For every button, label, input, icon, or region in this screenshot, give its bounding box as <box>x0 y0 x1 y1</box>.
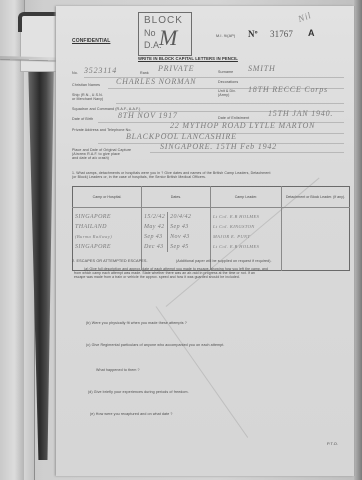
field-value-unit: 18TH RECCE Corps <box>248 85 328 94</box>
date-from: Dec 43 <box>144 242 165 252</box>
camp-name: SINGAPORE <box>75 242 139 252</box>
camp-leader: Lt Col. KINGSTON <box>213 222 279 232</box>
question-2c: (c) Give Regimental particulars of anyon… <box>86 343 224 347</box>
field-rule <box>150 152 344 153</box>
field-label-unit-2: (Army) <box>218 93 229 97</box>
question-2-title: 2. ESCAPES OR ATTEMPTED ESCAPES. <box>72 259 148 263</box>
camp-leader: Lt Col. E.B HOLMES <box>213 242 279 252</box>
field-label-capture-3: and date of a/c crash) <box>72 156 109 160</box>
date-to: Sep 45 <box>170 242 191 252</box>
field-label-enlistment: Date of Enlistment <box>218 116 249 120</box>
camp-name: (Burma Railway) <box>75 232 139 242</box>
field-value-capture: SINGAPORE. 15TH Feb 1942 <box>160 142 277 151</box>
field-label-surname: Surname <box>218 70 233 74</box>
field-label-christian-names: Christian Names <box>72 83 100 87</box>
camp-name: THAILAND <box>75 222 139 232</box>
table-header-camp-leader: Camp Leader. <box>211 187 282 208</box>
field-value-christian-names: CHARLES NORMAN <box>116 77 196 86</box>
field-value-no: 3523114 <box>84 66 117 75</box>
document-series: A <box>308 28 315 38</box>
question-1-text-2: (or Block) Leaders or, in the case of ho… <box>72 175 206 179</box>
camp-leader: MAJOR E. PUNT <box>213 232 279 242</box>
table-header-block-leader: Detachment or Block Leader. (if any). <box>282 187 350 208</box>
date-to: 20/4/42 <box>170 212 191 222</box>
field-label-address: Private Address and Telephone No. <box>72 128 132 132</box>
block-leader-column <box>282 208 350 271</box>
date-to: Nov 43 <box>170 232 191 242</box>
folder-edge <box>0 0 25 480</box>
field-value-address-2: BLACKPOOL LANCASHIRE <box>126 132 237 141</box>
block-stamp: BLOCK No D.A. M <box>138 12 192 56</box>
stamp-line-2: No <box>144 28 156 38</box>
page-turn-note: P.T.O. <box>327 441 338 446</box>
field-value-enlistment: 15TH JAN 1940. <box>268 109 333 118</box>
field-label-rank: Rank <box>140 71 149 75</box>
question-2-note: (Additional paper will be supplied on re… <box>176 259 272 263</box>
number-label: Nº <box>248 29 258 39</box>
folder-tag-strap <box>18 12 58 32</box>
form-reference: M.I. 9/(AP) <box>216 34 235 38</box>
page-right-edge <box>354 0 362 480</box>
question-2b: (b) Were you physically fit when you mad… <box>86 321 187 325</box>
table-header-camp: Camp or Hospital. <box>73 187 142 208</box>
field-value-rank: PRIVATE <box>158 64 194 73</box>
paper-crease <box>156 306 249 438</box>
date-from: 15/2/42 <box>144 212 165 222</box>
instruction-heading: WRITE IN BLOCK CAPITAL LETTERS IN PENCIL <box>138 56 238 61</box>
classification-label: CONFIDENTIAL <box>72 38 110 44</box>
question-2c-followup: What happened to them ? <box>96 368 140 372</box>
stamp-annotation: M <box>159 25 177 51</box>
date-to: Sep 43 <box>170 222 191 232</box>
document-number: 31767 <box>270 29 293 39</box>
date-from: Sep 43 <box>144 232 165 242</box>
camp-leader: Lt Col. E.B HOLMES <box>213 212 279 222</box>
date-from: May 42 <box>144 222 165 232</box>
field-value-surname: SMITH <box>248 64 276 73</box>
question-2a-line-3: escape was made from a train or vehicle … <box>74 275 240 279</box>
field-label-decorations: Decorations <box>218 80 238 84</box>
question-2e: (e) How were you recaptured and on what … <box>90 412 173 416</box>
table-header-dates: Dates. <box>142 187 211 208</box>
field-rule <box>116 103 344 104</box>
field-value-dob: 8TH NOV 1917 <box>118 111 178 120</box>
field-label-dob: Date of Birth <box>72 117 93 121</box>
field-label-ship-2: or Merchant Navy) <box>72 97 103 101</box>
question-2d: (d) Give briefly your experiences during… <box>88 390 189 394</box>
field-value-address-1: 22 MYTHOP ROAD LYTLE MARTON <box>170 121 315 130</box>
field-label-no: No. <box>72 71 78 75</box>
camp-name: SINGAPORE <box>75 212 139 222</box>
